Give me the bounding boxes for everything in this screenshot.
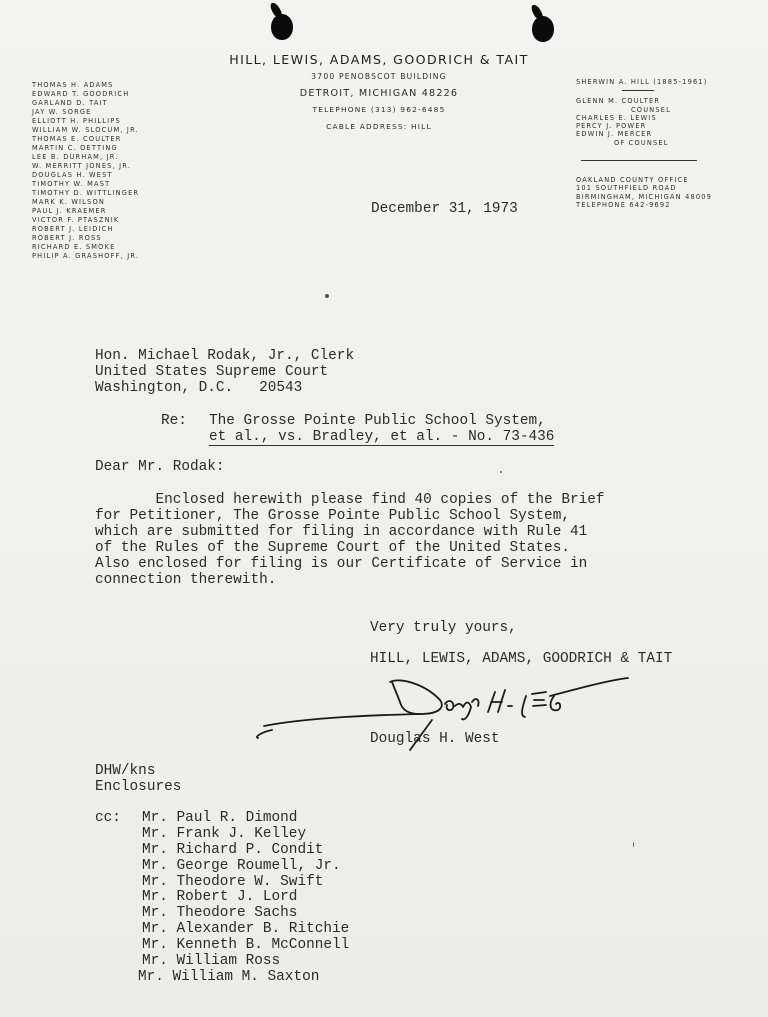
partner-name: PHILIP A. GRASHOFF, JR. xyxy=(32,252,139,261)
partner-name: MARK K. WILSON xyxy=(32,198,139,207)
counsel-role: OF COUNSEL xyxy=(576,139,708,147)
closing: Very truly yours, xyxy=(370,620,517,636)
counsel-name: GLENN M. COULTER xyxy=(576,97,708,105)
cc-recipient: Mr. Theodore Sachs xyxy=(142,905,297,921)
body-line: of the Rules of the Supreme Court of the… xyxy=(95,540,570,556)
partner-name: TIMOTHY W. MAST xyxy=(32,180,139,189)
re-label: Re: xyxy=(161,413,187,429)
founder-name: SHERWIN A. HILL (1885-1961) xyxy=(576,78,708,86)
divider xyxy=(581,160,697,161)
cc-recipient: Mr. Kenneth B. McConnell xyxy=(142,937,349,953)
partner-name: THOMAS E. COULTER xyxy=(32,135,139,144)
firm-name: HILL, LEWIS, ADAMS, GOODRICH & TAIT xyxy=(216,52,542,67)
cc-recipient: Mr. George Roumell, Jr. xyxy=(142,858,341,874)
counsel-name: EDWIN J. MERCER xyxy=(576,130,708,138)
counsel-list: SHERWIN A. HILL (1885-1961) GLENN M. COU… xyxy=(576,78,708,147)
divider xyxy=(622,90,654,91)
partner-name: WILLIAM W. SLOCUM, JR. xyxy=(32,126,139,135)
oakland-office: OAKLAND COUNTY OFFICE 101 SOUTHFIELD ROA… xyxy=(576,176,712,209)
recipient-line: United States Supreme Court xyxy=(95,364,328,380)
letter-date: December 31, 1973 xyxy=(371,201,518,217)
partners-list: THOMAS H. ADAMS EDWARD T. GOODRICH GARLA… xyxy=(32,81,139,261)
partner-name: VICTOR F. PTASZNIK xyxy=(32,216,139,225)
partner-name: GARLAND D. TAIT xyxy=(32,99,139,108)
paper-speck xyxy=(500,471,502,473)
cc-recipient: Mr. Paul R. Dimond xyxy=(142,810,297,826)
cc-recipient: Mr. William M. Saxton xyxy=(138,969,319,985)
closing-firm: HILL, LEWIS, ADAMS, GOODRICH & TAIT xyxy=(370,651,672,667)
paper-speck xyxy=(325,294,329,298)
re-line: The Grosse Pointe Public School System, xyxy=(209,413,546,429)
enclosures: Enclosures xyxy=(95,779,181,795)
office-line: BIRMINGHAM, MICHIGAN 48009 xyxy=(576,193,712,201)
partner-name: ELLIOTT H. PHILLIPS xyxy=(32,117,139,126)
partner-name: LEE B. DURHAM, JR. xyxy=(32,153,139,162)
signer-name: Douglas H. West xyxy=(370,731,500,747)
counsel-name: CHARLES E. LEWIS xyxy=(576,114,708,122)
cc-label: cc: xyxy=(95,810,121,826)
punch-hole-left xyxy=(271,14,293,40)
salutation: Dear Mr. Rodak: xyxy=(95,459,225,475)
partner-name: W. MERRITT JONES, JR. xyxy=(32,162,139,171)
body-line: which are submitted for filing in accord… xyxy=(95,524,587,540)
body-line: connection therewith. xyxy=(95,572,276,588)
office-line: 101 SOUTHFIELD ROAD xyxy=(576,184,712,192)
body-line: Enclosed herewith please find 40 copies … xyxy=(95,492,605,508)
firm-telephone: TELEPHONE (313) 962-6485 xyxy=(216,105,542,114)
partner-name: DOUGLAS H. WEST xyxy=(32,171,139,180)
cc-recipient: Mr. Richard P. Condit xyxy=(142,842,323,858)
partner-name: THOMAS H. ADAMS xyxy=(32,81,139,90)
partner-name: PAUL J. KRAEMER xyxy=(32,207,139,216)
counsel-name: PERCY J. POWER xyxy=(576,122,708,130)
paper-speck xyxy=(633,842,634,847)
cc-recipient: Mr. William Ross xyxy=(142,953,280,969)
firm-city: DETROIT, MICHIGAN 48226 xyxy=(216,88,542,99)
body-line: for Petitioner, The Grosse Pointe Public… xyxy=(95,508,570,524)
recipient-line: Hon. Michael Rodak, Jr., Clerk xyxy=(95,348,354,364)
recipient-line: Washington, D.C. 20543 xyxy=(95,380,302,396)
partner-name: JAY W. SORGE xyxy=(32,108,139,117)
counsel-role: COUNSEL xyxy=(576,106,708,114)
partner-name: MARTIN C. OETTING xyxy=(32,144,139,153)
punch-hole-right xyxy=(532,16,554,42)
cc-recipient: Mr. Frank J. Kelley xyxy=(142,826,306,842)
partner-name: ROBERT J. ROSS xyxy=(32,234,139,243)
partner-name: EDWARD T. GOODRICH xyxy=(32,90,139,99)
cc-recipient: Mr. Alexander B. Ritchie xyxy=(142,921,349,937)
cc-recipient: Mr. Theodore W. Swift xyxy=(142,874,323,890)
re-line: et al., vs. Bradley, et al. - No. 73-436 xyxy=(209,429,554,446)
initials: DHW/kns xyxy=(95,763,155,779)
partner-name: RICHARD E. SMOKE xyxy=(32,243,139,252)
cc-recipient: Mr. Robert J. Lord xyxy=(142,889,297,905)
partner-name: TIMOTHY D. WITTLINGER xyxy=(32,189,139,198)
office-line: TELEPHONE 642-9692 xyxy=(576,201,712,209)
letter-page: HILL, LEWIS, ADAMS, GOODRICH & TAIT 3700… xyxy=(0,0,768,1017)
firm-building: 3700 PENOBSCOT BUILDING xyxy=(216,72,542,81)
body-line: Also enclosed for filing is our Certific… xyxy=(95,556,587,572)
office-line: OAKLAND COUNTY OFFICE xyxy=(576,176,712,184)
firm-cable-address: CABLE ADDRESS: HILL xyxy=(216,122,542,131)
partner-name: ROBERT J. LEIDICH xyxy=(32,225,139,234)
